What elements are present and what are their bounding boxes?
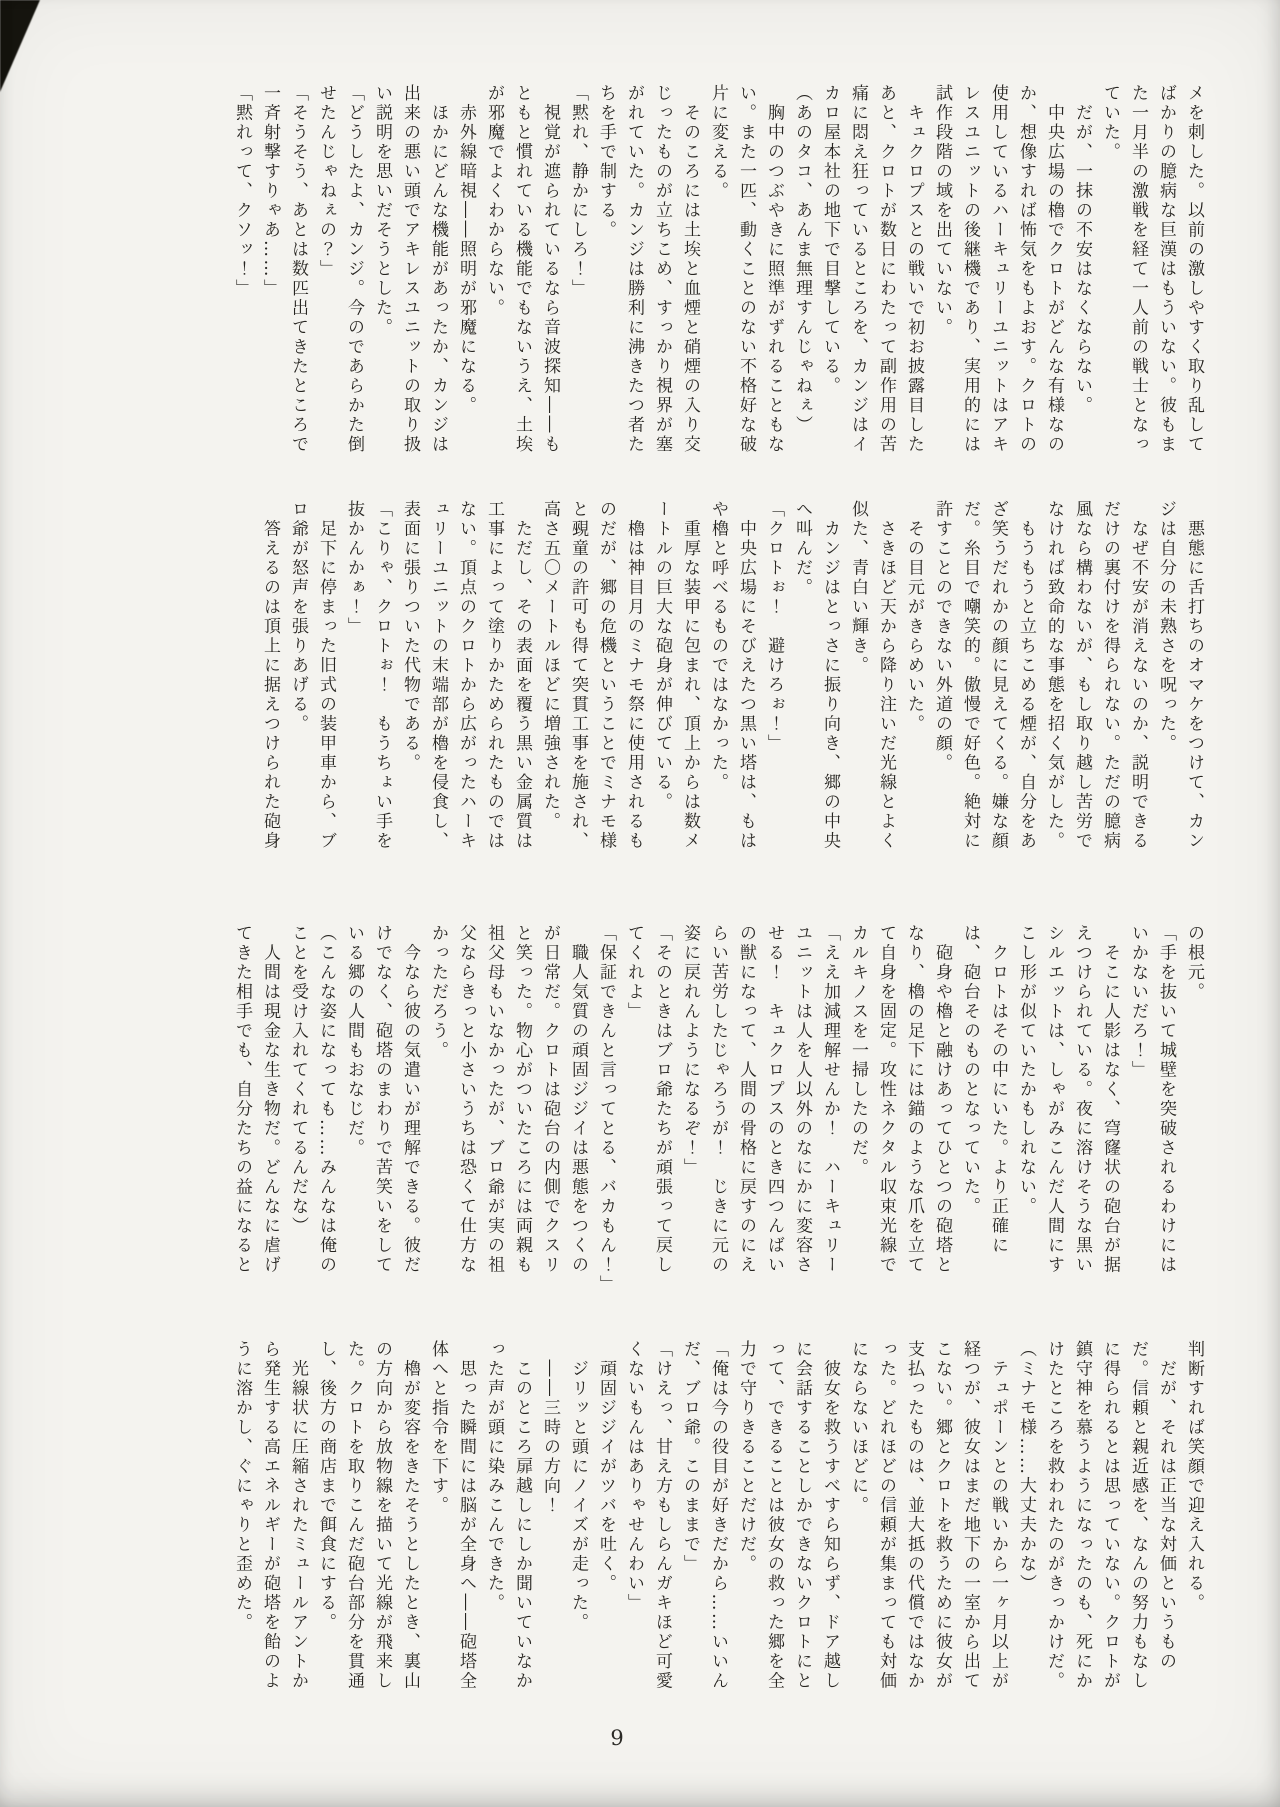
paragraph: 足下に停まった旧式の装甲車から、ブロ爺が怒声を張りあげる。 [284, 500, 340, 866]
paragraph: このところ扉越しにしか聞いていなかった声が頭に染みこんできた。 [480, 1340, 536, 1706]
paragraph: 「そのときはブロ爺たちが頑張って戻してくれよ」 [620, 924, 676, 1290]
paragraph: 悪態に舌打ちのオマケをつけて、カンジは自分の未熟さを呪った。 [1152, 500, 1208, 866]
paragraph: 光線状に圧縮されたミュールアントから発生する高エネルギーが砲塔を飴のように溶かし… [228, 1340, 312, 1706]
paragraph: ほかにどんな機能があったか、カンジは出来の悪い頭でアキレスユニットの取り扱い説明… [368, 84, 452, 456]
paragraph: その目元がきらめいた。 [900, 500, 928, 866]
paragraph: ただし、その表面を覆う黒い金属質は工事によって塗りかためられたものではない。頂点… [396, 500, 536, 866]
scan-corner-artifact [0, 0, 40, 92]
paragraph: の根元。 [1180, 924, 1208, 1290]
paragraph: 今なら彼の気遣いが理解できる。彼だけでなく、砲塔のまわりで苦笑いをしている郷の人… [340, 924, 424, 1290]
paragraph: メを刺した。以前の激しやすく取り乱してばかりの臆病な巨漢はもういない。彼もまた一… [1096, 84, 1208, 456]
paragraph: そのころには土埃と血煙と硝煙の入り交じったものが立ちこめ、すっかり視界が塞がれて… [592, 84, 704, 456]
paragraph: もうもうと立ちこめる煙が、自分をあざ笑うだれかの顔に見えてくる。嫌な顔だ。糸目で… [928, 500, 1040, 866]
paragraph: 「クロトぉ！ 避けろぉ！」 [760, 500, 788, 866]
paragraph: 重厚な装甲に包まれ、頂上からは数メートルの巨大な砲身が伸びている。 [648, 500, 704, 866]
paragraph: 「手を抜いて城壁を突破されるわけにはいかないだろ！」 [1124, 924, 1180, 1290]
paragraph: 胸中のつぶやきに照準がずれることもない。また一匹、動くことのない不格好な破片に変… [704, 84, 788, 456]
paragraph: 「ええ加減理解せんか！ ハーキュリーユニットは人を人以外のなにかに変容させる！ … [676, 924, 844, 1290]
paragraph: だが、それは正当な対価というものだ。信頼と親近感を、なんの努力もなしに得られると… [1040, 1340, 1180, 1706]
paragraph: （こんな姿になっても……みんなは俺のことを受け入れてくれてるんだな） [284, 924, 340, 1290]
paragraph: なぜ不安が消えないのか、説明できるだけの裏付けを得られない。ただの臆病風なら構わ… [1040, 500, 1152, 866]
paragraph: 職人気質の頑固ジジイは悪態をつくのが日常だ。クロトは砲台の内側でクスリと笑った。… [424, 924, 592, 1290]
paragraph: 答えるのは頂上に据えつけられた砲身 [256, 500, 284, 866]
paragraph: 視覚が遮られているなら音波探知――もともと慣れている機能でもないうえ、土埃が邪魔… [480, 84, 564, 456]
paragraph: キュクロプスとの戦いで初お披露目したあと、クロトが数日にわたって副作用の苦痛に悶… [816, 84, 928, 456]
paragraph: そこに人影はなく、穹窿状の砲台が据えつけられている。夜に溶けそうな黒いシルエット… [1012, 924, 1124, 1290]
text-band-3: の根元。「手を抜いて城壁を突破されるわけにはいかないだろ！」 そこに人影はなく、… [70, 924, 1208, 1290]
paragraph: 頑固ジジイがツバを吐く。 [592, 1340, 620, 1706]
paragraph: さきほど天から降り注いだ光線とよく似た、青白い輝き。 [844, 500, 900, 866]
paragraph: ――三時の方向！ [536, 1340, 564, 1706]
paragraph: テュポーンとの戦いから一ヶ月以上が経つが、彼女はまだ地下の一室から出てこない。郷… [844, 1340, 1012, 1706]
paragraph: 「けえっ、甘え方もしらんガキほど可愛くないもんはありゃせんわい」 [620, 1340, 676, 1706]
paragraph: 「どうしたよ、カンジ。今のであらかた倒せたんじゃねぇの？」 [312, 84, 368, 456]
paragraph: （ミナモ様……大丈夫かな） [1012, 1340, 1040, 1706]
text-band-1: メを刺した。以前の激しやすく取り乱してばかりの臆病な巨漢はもういない。彼もまた一… [70, 84, 1208, 456]
paragraph: 「黙れって、クソッ！」 [228, 84, 256, 456]
text-band-4: 判断すれば笑顔で迎え入れる。 だが、それは正当な対価というものだ。信頼と親近感を… [70, 1340, 1208, 1706]
paragraph: クロトはその中にいた。より正確には、砲台そのものとなっていた。 [956, 924, 1012, 1290]
paragraph: 「俺は今の役目が好きだから……いいんだ、ブロ爺。このままで」 [676, 1340, 732, 1706]
paragraph: 彼女を救うすべすら知らず、ドア越しに会話することしかできないクロトにとって、でき… [732, 1340, 844, 1706]
scanned-novel-page: メを刺した。以前の激しやすく取り乱してばかりの臆病な巨漢はもういない。彼もまた一… [0, 0, 1280, 1807]
paragraph: 赤外線暗視――照明が邪魔になる。 [452, 84, 480, 456]
paragraph: 「黙れ、静かにしろ！」 [564, 84, 592, 456]
paragraph: 「そうそう、あとは数匹出てきたところで一斉射撃すりゃあ……」 [256, 84, 312, 456]
page-number: 9 [0, 1726, 1234, 1750]
paragraph: 人間は現金な生き物だ。どんなに虐げてきた相手でも、自分たちの益になると [228, 924, 284, 1290]
paragraph: 判断すれば笑顔で迎え入れる。 [1180, 1340, 1208, 1706]
paragraph: 砲身や櫓と融けあってひとつの砲塔となり、櫓の足下には錨のような爪を立てて自身を固… [844, 924, 956, 1290]
paragraph: 「保証できんと言ってとる、バカもん！」 [592, 924, 620, 1290]
paragraph: （あのタコ、あんま無理すんじゃねぇ） [788, 84, 816, 456]
paragraph: 櫓は神目月のミナモ祭に使用されるものだが、郷の危機ということでミナモ様と覡童の許… [536, 500, 648, 866]
paragraph: カンジはとっさに振り向き、郷の中央へ叫んだ。 [788, 500, 844, 866]
paragraph: 櫓が変容をきたそうとしたとき、裏山の方向から放物線を描いて光線が飛来した。クロト… [312, 1340, 424, 1706]
paragraph: ジリッと頭にノイズが走った。 [564, 1340, 592, 1706]
paragraph: だが、一抹の不安はなくならない。 [1068, 84, 1096, 456]
text-band-2: 悪態に舌打ちのオマケをつけて、カンジは自分の未熟さを呪った。 なぜ不安が消えない… [70, 500, 1208, 866]
paragraph: 中央広場にそびえたつ黒い塔は、もはや櫓と呼べるものではなかった。 [704, 500, 760, 866]
paragraph: 「こりゃ、クロトぉ！ もうちょい手を抜かんかぁ！」 [340, 500, 396, 866]
paragraph: 中央広場の櫓でクロトがどんな有様なのか、想像すれば怖気をもよおす。クロトの使用し… [928, 84, 1068, 456]
paragraph: 思った瞬間には脳が全身へ――砲塔全体へと指令を下す。 [424, 1340, 480, 1706]
